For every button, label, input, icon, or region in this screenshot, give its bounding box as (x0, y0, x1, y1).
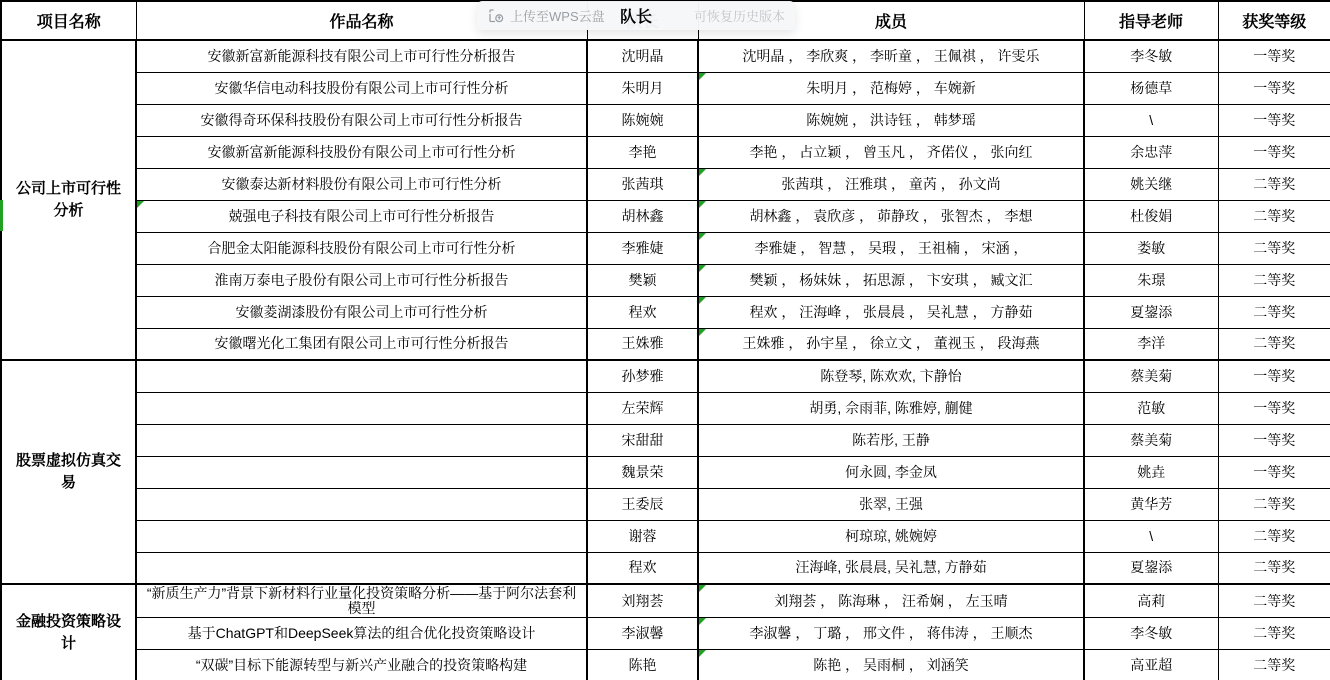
work-name-cell[interactable] (136, 424, 587, 456)
team-leader-cell[interactable]: 程欢 (587, 552, 698, 584)
members-cell[interactable]: 张茜琪 ， 汪雅琪 ， 童芮 ， 孙文尚 (698, 168, 1084, 200)
award-level-cell[interactable]: 一等奖 (1218, 72, 1330, 104)
table-body: 公司上市可行性分析安徽新富新能源科技有限公司上市可行性分析报告 沈明晶 沈明晶 … (1, 40, 1330, 680)
cell-marker-icon (699, 169, 706, 176)
members-cell[interactable]: 程欢 ， 汪海峰 ， 张晨晨 ， 吴礼慧 ， 方静茹 (698, 296, 1084, 328)
col-header-award[interactable]: 获奖等级 (1218, 1, 1330, 40)
advisor-cell[interactable]: 姚关继 (1084, 168, 1218, 200)
table-row: 安徽得奇环保科技股份有限公司上市可行性分析报告 陈婉婉 陈婉婉 ， 洪诗钰 ， … (1, 104, 1330, 136)
spreadsheet-view: 项目名称 作品名称 队长 成员 指导老师 获奖等级 公司上市可行性分析安徽新富新… (0, 0, 1330, 680)
members-cell[interactable]: 樊颖 ， 杨妹妹 ， 拓思源 ， 卞安琪 ， 臧文汇 (698, 264, 1084, 296)
team-leader-cell[interactable]: 朱明月 (587, 72, 698, 104)
upload-to-cloud-label: 上传至WPS云盘 (510, 6, 605, 25)
advisor-cell[interactable]: 李冬敏 (1084, 618, 1218, 650)
work-name-cell[interactable]: “双碳”目标下能源转型与新兴产业融合的投资策略构建 (136, 650, 587, 680)
work-name-cell[interactable]: 安徽新富新能源科技有限公司上市可行性分析报告 (136, 40, 587, 72)
project-name-cell[interactable]: 股票虚拟仿真交易 (1, 360, 136, 584)
table-row: 程欢 汪海峰, 张晨晨, 吴礼慧, 方静茹 夏鋆添 二等奖 (1, 552, 1330, 584)
team-leader-cell[interactable]: 陈婉婉 (587, 104, 698, 136)
table-row: 股票虚拟仿真交易 孙梦雅 陈登琴, 陈欢欢, 卞静怡 蔡美菊 一等奖 (1, 360, 1330, 392)
team-leader-cell[interactable]: 樊颖 (587, 264, 698, 296)
advisor-cell[interactable]: \ (1084, 520, 1218, 552)
members-cell[interactable]: 刘翔荟 ， 陈海琳 ， 汪希娴 ， 左玉晴 (698, 584, 1084, 618)
table-row: 魏景荣 何永圆, 李金凤 姚垚 一等奖 (1, 456, 1330, 488)
table-row: 兢强电子科技有限公司上市可行性分析报告 胡林鑫 胡林鑫 ， 袁欣彦 ， 茆静玫 … (1, 200, 1330, 232)
work-name-cell[interactable]: 安徽曙光化工集团有限公司上市可行性分析报告 (136, 328, 587, 360)
work-name-cell[interactable] (136, 552, 587, 584)
work-name-cell[interactable]: 安徽新富新能源科技股份有限公司上市可行性分析 (136, 136, 587, 168)
award-level-cell[interactable]: 二等奖 (1218, 618, 1330, 650)
advisor-cell[interactable]: 杜俊娟 (1084, 200, 1218, 232)
work-name-cell[interactable]: 兢强电子科技有限公司上市可行性分析报告 (136, 200, 587, 232)
advisor-cell[interactable]: 高莉 (1084, 584, 1218, 618)
team-leader-cell[interactable]: 孙梦雅 (587, 360, 698, 392)
advisor-cell[interactable]: 余忠萍 (1084, 136, 1218, 168)
award-level-cell[interactable]: 一等奖 (1218, 456, 1330, 488)
award-level-cell[interactable]: 二等奖 (1218, 264, 1330, 296)
col-header-advisor[interactable]: 指导老师 (1084, 1, 1218, 40)
award-level-cell[interactable]: 一等奖 (1218, 104, 1330, 136)
team-leader-cell[interactable]: 沈明晶 (587, 40, 698, 72)
work-name-cell[interactable]: 安徽得奇环保科技股份有限公司上市可行性分析报告 (136, 104, 587, 136)
advisor-cell[interactable]: 高亚超 (1084, 650, 1218, 680)
advisor-cell[interactable]: 姚垚 (1084, 456, 1218, 488)
advisor-cell[interactable]: 李冬敏 (1084, 40, 1218, 72)
award-level-cell[interactable]: 一等奖 (1218, 40, 1330, 72)
team-leader-cell[interactable]: 王姝雅 (587, 328, 698, 360)
advisor-cell[interactable]: 李洋 (1084, 328, 1218, 360)
award-level-cell[interactable]: 二等奖 (1218, 520, 1330, 552)
col-header-project[interactable]: 项目名称 (1, 1, 136, 40)
work-name-cell[interactable]: 安徽泰达新材料股份有限公司上市可行性分析 (136, 168, 587, 200)
team-leader-cell[interactable]: 王委辰 (587, 488, 698, 520)
members-cell[interactable]: 胡林鑫 ， 袁欣彦 ， 茆静玫 ， 张智杰 ， 李想 (698, 200, 1084, 232)
table-row: 谢蓉 柯琼琼, 姚婉婷 \ 二等奖 (1, 520, 1330, 552)
cell-marker-icon (699, 265, 706, 272)
award-level-cell[interactable]: 二等奖 (1218, 232, 1330, 264)
members-cell[interactable]: 李雅婕 ， 智慧 ， 吴瑕 ， 王祖楠 ， 宋涵 ， (698, 232, 1084, 264)
members-cell[interactable]: 汪海峰, 张晨晨, 吴礼慧, 方静茹 (698, 552, 1084, 584)
table-row: 王委辰 张翠, 王强 黄华芳 二等奖 (1, 488, 1330, 520)
upload-to-cloud-button[interactable]: 上传至WPS云盘 (489, 6, 605, 25)
cell-marker-icon (699, 201, 706, 208)
team-leader-cell[interactable]: 谢蓉 (587, 520, 698, 552)
advisor-cell[interactable]: 朱璟 (1084, 264, 1218, 296)
award-level-cell[interactable]: 二等奖 (1218, 168, 1330, 200)
cell-marker-icon (699, 73, 706, 80)
team-leader-cell[interactable]: 陈艳 (587, 650, 698, 680)
members-cell[interactable]: 陈艳 ， 吴雨桐 ， 刘涵笑 (698, 650, 1084, 680)
work-name-cell[interactable]: 淮南万泰电子股份有限公司上市可行性分析报告 (136, 264, 587, 296)
table-row: 公司上市可行性分析安徽新富新能源科技有限公司上市可行性分析报告 沈明晶 沈明晶 … (1, 40, 1330, 72)
project-name-cell[interactable]: 金融投资策略设计 (1, 584, 136, 680)
advisor-cell[interactable]: 杨德草 (1084, 72, 1218, 104)
cell-marker-icon (699, 329, 706, 336)
award-level-cell[interactable]: 一等奖 (1218, 360, 1330, 392)
award-level-cell[interactable]: 二等奖 (1218, 584, 1330, 618)
cell-marker-icon (699, 585, 706, 592)
work-name-cell[interactable]: 合肥金太阳能源科技股份有限公司上市可行性分析 (136, 232, 587, 264)
award-level-cell[interactable]: 二等奖 (1218, 200, 1330, 232)
advisor-cell[interactable]: 夏鋆添 (1084, 552, 1218, 584)
work-name-cell[interactable]: 基于ChatGPT和DeepSeek算法的组合优化投资策略设计 (136, 618, 587, 650)
members-cell[interactable]: 李淑馨 ， 丁璐 ， 邢文件 ， 蒋伟涛 ， 王顺杰 (698, 618, 1084, 650)
team-leader-cell[interactable]: 左荣辉 (587, 392, 698, 424)
table-row: 宋甜甜 陈若彤, 王静 蔡美菊 一等奖 (1, 424, 1330, 456)
work-name-cell[interactable]: “新质生产力”背景下新材料行业量化投资策略分析——基于阿尔法套利模型 (136, 584, 587, 618)
history-version-label: 可恢复历史版本 (694, 6, 785, 25)
cloud-upload-icon (489, 9, 504, 23)
advisor-cell[interactable]: 蔡美菊 (1084, 424, 1218, 456)
table-row: 安徽曙光化工集团有限公司上市可行性分析报告 王姝雅 王姝雅 ， 孙宇星 ， 徐立… (1, 328, 1330, 360)
award-level-cell[interactable]: 二等奖 (1218, 328, 1330, 360)
award-level-cell[interactable]: 二等奖 (1218, 650, 1330, 680)
team-leader-cell[interactable]: 李淑馨 (587, 618, 698, 650)
team-leader-cell[interactable]: 刘翔荟 (587, 584, 698, 618)
members-cell[interactable]: 陈登琴, 陈欢欢, 卞静怡 (698, 360, 1084, 392)
team-leader-cell[interactable]: 魏景荣 (587, 456, 698, 488)
table-row: “双碳”目标下能源转型与新兴产业融合的投资策略构建 陈艳 陈艳 ， 吴雨桐 ， … (1, 650, 1330, 680)
wps-cloud-hintbar: 上传至WPS云盘 队长 可恢复历史版本 (477, 1, 795, 30)
members-cell[interactable]: 王姝雅 ， 孙宇星 ， 徐立文 ， 董视玉 ， 段海燕 (698, 328, 1084, 360)
team-leader-cell[interactable]: 李雅婕 (587, 232, 698, 264)
work-name-cell[interactable] (136, 360, 587, 392)
project-name-cell[interactable]: 公司上市可行性分析 (1, 40, 136, 360)
table-row: 左荣辉 胡勇, 佘雨菲, 陈雅婷, 蒯健 范敏 一等奖 (1, 392, 1330, 424)
advisor-cell[interactable]: 蔡美菊 (1084, 360, 1218, 392)
work-name-cell[interactable] (136, 520, 587, 552)
advisor-cell[interactable]: 黄华芳 (1084, 488, 1218, 520)
members-cell[interactable]: 何永圆, 李金凤 (698, 456, 1084, 488)
members-cell[interactable]: 柯琼琼, 姚婉婷 (698, 520, 1084, 552)
advisor-cell[interactable]: 夏鋆添 (1084, 296, 1218, 328)
table-row: 基于ChatGPT和DeepSeek算法的组合优化投资策略设计 李淑馨 李淑馨 … (1, 618, 1330, 650)
table-row: 安徽华信电动科技股份有限公司上市可行性分析 朱明月 朱明月 ， 范梅婷 ， 车婉… (1, 72, 1330, 104)
advisor-cell[interactable]: \ (1084, 104, 1218, 136)
award-level-cell[interactable]: 一等奖 (1218, 136, 1330, 168)
award-level-cell[interactable]: 二等奖 (1218, 488, 1330, 520)
table-row: 淮南万泰电子股份有限公司上市可行性分析报告 樊颖 樊颖 ， 杨妹妹 ， 拓思源 … (1, 264, 1330, 296)
award-level-cell[interactable]: 一等奖 (1218, 424, 1330, 456)
team-leader-cell[interactable]: 张茜琪 (587, 168, 698, 200)
cell-marker-icon (137, 201, 144, 208)
cell-marker-icon (699, 297, 706, 304)
advisor-cell[interactable]: 范敏 (1084, 392, 1218, 424)
award-table: 项目名称 作品名称 队长 成员 指导老师 获奖等级 公司上市可行性分析安徽新富新… (0, 0, 1330, 680)
members-cell[interactable]: 陈若彤, 王静 (698, 424, 1084, 456)
work-name-cell[interactable] (136, 456, 587, 488)
cell-marker-icon (699, 618, 706, 625)
work-name-cell[interactable]: 安徽华信电动科技股份有限公司上市可行性分析 (136, 72, 587, 104)
members-cell[interactable]: 张翠, 王强 (698, 488, 1084, 520)
members-cell[interactable]: 朱明月 ， 范梅婷 ， 车婉新 (698, 72, 1084, 104)
team-leader-cell[interactable]: 程欢 (587, 296, 698, 328)
team-leader-cell[interactable]: 宋甜甜 (587, 424, 698, 456)
advisor-cell[interactable]: 娄敏 (1084, 232, 1218, 264)
table-row: 安徽新富新能源科技股份有限公司上市可行性分析 李艳 李艳 ， 占立颖 ， 曾玉凡… (1, 136, 1330, 168)
table-row: 金融投资策略设计“新质生产力”背景下新材料行业量化投资策略分析——基于阿尔法套利… (1, 584, 1330, 618)
table-row: 安徽菱湖漆股份有限公司上市可行性分析 程欢 程欢 ， 汪海峰 ， 张晨晨 ， 吴… (1, 296, 1330, 328)
cell-marker-icon (699, 650, 706, 657)
work-name-cell[interactable] (136, 488, 587, 520)
members-cell[interactable]: 胡勇, 佘雨菲, 陈雅婷, 蒯健 (698, 392, 1084, 424)
award-level-cell[interactable]: 一等奖 (1218, 392, 1330, 424)
work-name-cell[interactable] (136, 392, 587, 424)
award-level-cell[interactable]: 二等奖 (1218, 296, 1330, 328)
cell-marker-icon (699, 233, 706, 240)
members-cell[interactable]: 沈明晶 ， 李欣爽 ， 李昕童 ， 王佩祺 ， 许雯乐 (698, 40, 1084, 72)
members-cell[interactable]: 陈婉婉 ， 洪诗钰 ， 韩梦瑶 (698, 104, 1084, 136)
table-row: 合肥金太阳能源科技股份有限公司上市可行性分析 李雅婕 李雅婕 ， 智慧 ， 吴瑕… (1, 232, 1330, 264)
award-level-cell[interactable]: 二等奖 (1218, 552, 1330, 584)
row-change-marker (0, 200, 3, 231)
members-cell[interactable]: 李艳 ， 占立颖 ， 曾玉凡 ， 齐偌仪 ， 张向红 (698, 136, 1084, 168)
work-name-cell[interactable]: 安徽菱湖漆股份有限公司上市可行性分析 (136, 296, 587, 328)
team-leader-cell[interactable]: 胡林鑫 (587, 200, 698, 232)
table-row: 安徽泰达新材料股份有限公司上市可行性分析 张茜琪 张茜琪 ， 汪雅琪 ， 童芮 … (1, 168, 1330, 200)
team-leader-cell[interactable]: 李艳 (587, 136, 698, 168)
